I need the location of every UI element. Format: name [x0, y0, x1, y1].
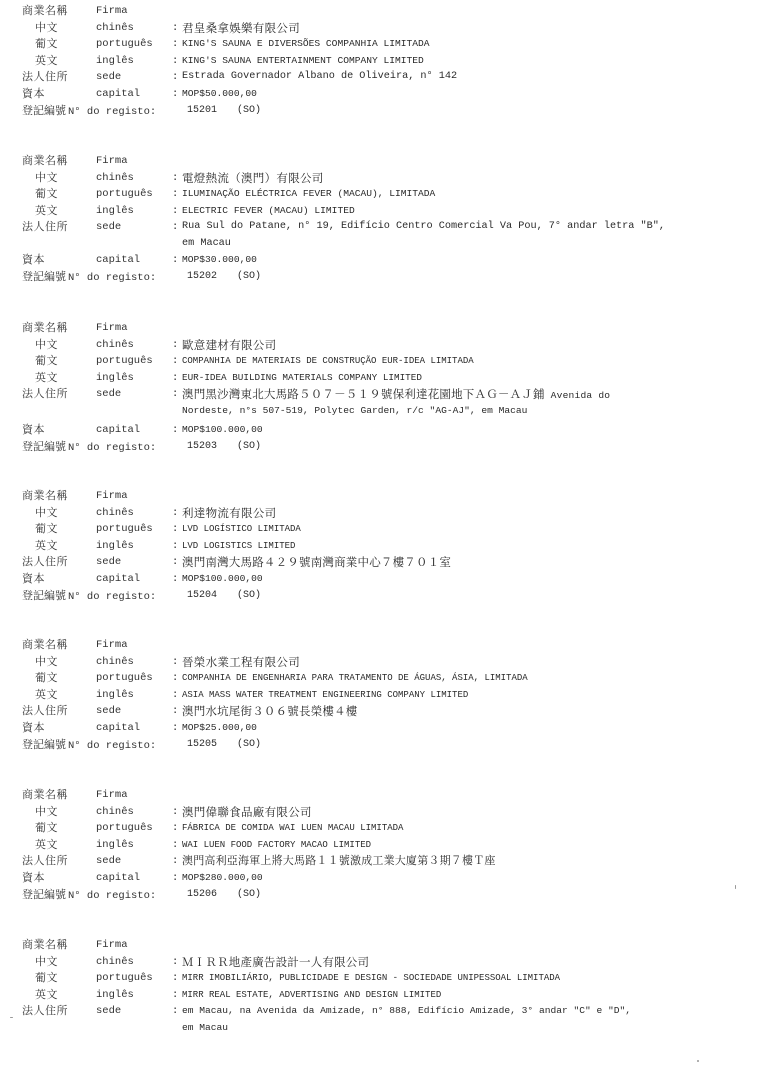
name-portuguese: ILUMINAÇÃO ELÉCTRICA FEVER (MACAU), LIMI… [182, 186, 435, 203]
sede-address-zh: 澳門黑沙灣東北大馬路５０７－５１９號保利達花園地下ＡＧ－ＡＪ鋪 [182, 387, 545, 401]
firma-row: 商業名稱 Firma [0, 3, 778, 20]
firma-label-pt: Firma [96, 787, 128, 804]
colon: : [172, 720, 178, 737]
chines-label-zh: 中文 [35, 20, 58, 37]
chines-label-pt: chinês [96, 804, 134, 821]
registo-row: 登記編號N° do registo: 15204 (SO) [0, 588, 778, 605]
company-entry-15202: 商業名稱 Firma 中文 chinês : 電燈熱流（澳門）有限公司 葡文 p… [0, 153, 778, 285]
portugues-label-pt: português [96, 36, 153, 53]
sede-label-pt: sede [96, 554, 121, 571]
portugues-row: 葡文 português : FÁBRICA DE COMIDA WAI LUE… [0, 820, 778, 837]
registo-row: 登記編號N° do registo: 15206 (SO) [0, 887, 778, 904]
chines-label-zh: 中文 [35, 337, 58, 354]
portugues-row: 葡文 português : COMPANHIA DE MATERIAIS DE… [0, 353, 778, 370]
firma-label-zh: 商業名稱 [22, 637, 68, 654]
registo-suffix: (SO) [237, 103, 261, 120]
firma-label-zh: 商業名稱 [22, 3, 68, 20]
ingles-label-zh: 英文 [35, 203, 58, 220]
ingles-row: 英文 inglês : EUR-IDEA BUILDING MATERIALS … [0, 370, 778, 387]
capital-label-pt: capital [96, 870, 140, 887]
portugues-row: 葡文 português : KING'S SAUNA E DIVERSÕES … [0, 36, 778, 53]
name-portuguese: FÁBRICA DE COMIDA WAI LUEN MACAU LIMITAD… [182, 820, 403, 837]
ingles-label-pt: inglês [96, 53, 134, 70]
sede-label-zh: 法人住所 [22, 554, 68, 571]
registo-label-zh: 登記編號 [22, 888, 66, 901]
chines-label-pt: chinês [96, 337, 134, 354]
firma-row: 商業名稱 Firma [0, 637, 778, 654]
capital-row: 資本 capital : MOP$50.000,00 [0, 86, 778, 103]
company-entry-15205: 商業名稱 Firma 中文 chinês : 晉榮水業工程有限公司 葡文 por… [0, 637, 778, 753]
sede-row: 法人住所 sede : 澳門南灣大馬路４２９號南灣商業中心７樓７０１室 [0, 554, 778, 571]
colon: : [172, 670, 178, 687]
sede-label-zh: 法人住所 [22, 703, 68, 720]
registo-suffix: (SO) [237, 588, 261, 605]
capital-label-zh: 資本 [22, 422, 45, 439]
ingles-label-zh: 英文 [35, 370, 58, 387]
registo-row: 登記編號N° do registo: 15205 (SO) [0, 737, 778, 754]
colon: : [172, 386, 178, 403]
registo-suffix: (SO) [237, 269, 261, 286]
sede-label-pt: sede [96, 1003, 121, 1020]
registo-suffix: (SO) [237, 737, 261, 754]
registo-label: 登記編號N° do registo: [22, 269, 156, 288]
sede-label-pt: sede [96, 853, 121, 870]
sede-row: 法人住所 sede : em Macau, na Avenida da Amiz… [0, 1003, 778, 1020]
ingles-label-zh: 英文 [35, 53, 58, 70]
company-entry-15201: 商業名稱 Firma 中文 chinês : 君皇桑拿娛樂有限公司 葡文 por… [0, 3, 778, 119]
sede-label-zh: 法人住所 [22, 853, 68, 870]
colon: : [172, 954, 178, 971]
registry-page: 商業名稱 Firma 中文 chinês : 君皇桑拿娛樂有限公司 葡文 por… [0, 0, 778, 1075]
colon: : [172, 703, 178, 720]
chines-label-pt: chinês [96, 20, 134, 37]
registo-label: 登記編號N° do registo: [22, 588, 156, 607]
firma-row: 商業名稱 Firma [0, 787, 778, 804]
registo-label-pt: N° do registo: [68, 890, 156, 902]
firma-label-pt: Firma [96, 937, 128, 954]
capital-label-zh: 資本 [22, 870, 45, 887]
ingles-row: 英文 inglês : MIRR REAL ESTATE, ADVERTISIN… [0, 987, 778, 1004]
sede-continuation-row: em Macau [0, 236, 778, 252]
sede-label-pt: sede [96, 386, 121, 403]
sede-address: Rua Sul do Patane, n° 19, Edifício Centr… [182, 219, 665, 236]
ingles-label-pt: inglês [96, 370, 134, 387]
sede-address-cont: em Macau [182, 1020, 228, 1036]
sede-row: 法人住所 sede : Estrada Governador Albano de… [0, 69, 778, 86]
portugues-label-pt: português [96, 820, 153, 837]
company-entry-15206: 商業名稱 Firma 中文 chinês : 澳門偉聯食品廠有限公司 葡文 po… [0, 787, 778, 903]
colon: : [172, 654, 178, 671]
sede-label-zh: 法人住所 [22, 1003, 68, 1020]
capital-value: MOP$100.000,00 [182, 422, 263, 439]
chines-row: 中文 chinês : 晉榮水業工程有限公司 [0, 654, 778, 671]
sede-row: 法人住所 sede : 澳門黑沙灣東北大馬路５０７－５１９號保利達花園地下ＡＧ－… [0, 386, 778, 403]
firma-row: 商業名稱 Firma [0, 320, 778, 337]
capital-value: MOP$30.000,00 [182, 252, 257, 269]
capital-row: 資本 capital : MOP$25.000,00 [0, 720, 778, 737]
ingles-label-pt: inglês [96, 538, 134, 555]
portugues-label-zh: 葡文 [35, 36, 58, 53]
colon: : [172, 186, 178, 203]
colon: : [172, 505, 178, 522]
company-entry-15204: 商業名稱 Firma 中文 chinês : 利達物流有限公司 葡文 portu… [0, 488, 778, 604]
sede-continuation-row: Nordeste, n°s 507-519, Polytec Garden, r… [0, 403, 778, 419]
chines-label-pt: chinês [96, 654, 134, 671]
colon: : [172, 987, 178, 1004]
registo-label-zh: 登記編號 [22, 104, 66, 117]
registo-label: 登記編號N° do registo: [22, 439, 156, 458]
portugues-row: 葡文 português : LVD LOGÍSTICO LIMITADA [0, 521, 778, 538]
capital-label-pt: capital [96, 422, 140, 439]
portugues-label-pt: português [96, 970, 153, 987]
name-chinese: 利達物流有限公司 [182, 505, 276, 522]
name-english: KING'S SAUNA ENTERTAINMENT COMPANY LIMIT… [182, 53, 424, 70]
scan-speck [697, 1060, 699, 1062]
name-english: LVD LOGISTICS LIMITED [182, 538, 295, 555]
colon: : [172, 370, 178, 387]
sede-label-zh: 法人住所 [22, 219, 68, 236]
registo-label-pt: N° do registo: [68, 442, 156, 454]
registo-row: 登記編號N° do registo: 15203 (SO) [0, 439, 778, 456]
colon: : [172, 20, 178, 37]
portugues-label-zh: 葡文 [35, 521, 58, 538]
name-english: ASIA MASS WATER TREATMENT ENGINEERING CO… [182, 687, 468, 704]
colon: : [172, 36, 178, 53]
registo-label-zh: 登記編號 [22, 738, 66, 751]
portugues-row: 葡文 português : COMPANHIA DE ENGENHARIA P… [0, 670, 778, 687]
chines-row: 中文 chinês : 君皇桑拿娛樂有限公司 [0, 20, 778, 37]
registo-label: 登記編號N° do registo: [22, 103, 156, 122]
firma-label-pt: Firma [96, 3, 128, 20]
registo-number: 15205 [187, 737, 217, 754]
sede-label-pt: sede [96, 219, 121, 236]
chines-label-pt: chinês [96, 505, 134, 522]
colon: : [172, 521, 178, 538]
portugues-label-zh: 葡文 [35, 670, 58, 687]
sede-row: 法人住所 sede : 澳門水坑尾街３０６號長榮樓４樓 [0, 703, 778, 720]
sede-address: em Macau, na Avenida da Amizade, n° 888,… [182, 1003, 631, 1020]
scan-speck [735, 885, 736, 889]
name-english: WAI LUEN FOOD FACTORY MACAO LIMITED [182, 837, 371, 854]
name-portuguese: COMPANHIA DE ENGENHARIA PARA TRATAMENTO … [182, 670, 528, 687]
portugues-row: 葡文 português : MIRR IMOBILIÁRIO, PUBLICI… [0, 970, 778, 987]
name-portuguese: KING'S SAUNA E DIVERSÕES COMPANHIA LIMIT… [182, 36, 430, 53]
portugues-label-zh: 葡文 [35, 353, 58, 370]
ingles-label-pt: inglês [96, 837, 134, 854]
firma-label-zh: 商業名稱 [22, 937, 68, 954]
ingles-label-zh: 英文 [35, 837, 58, 854]
name-chinese: 歐意建材有限公司 [182, 337, 276, 354]
registo-label-zh: 登記編號 [22, 589, 66, 602]
sede-label-pt: sede [96, 703, 121, 720]
firma-label-pt: Firma [96, 153, 128, 170]
registo-row: 登記編號N° do registo: 15202 (SO) [0, 269, 778, 286]
sede-address: 澳門高利亞海軍上將大馬路１１號激成工業大廈第３期７樓Ｔ座 [182, 853, 496, 870]
chines-row: 中文 chinês : ＭＩＲＲ地產廣告設計一人有限公司 [0, 954, 778, 971]
company-entry-mirr: 商業名稱 Firma 中文 chinês : ＭＩＲＲ地產廣告設計一人有限公司 … [0, 937, 778, 1036]
colon: : [172, 203, 178, 220]
ingles-label-zh: 英文 [35, 538, 58, 555]
colon: : [172, 422, 178, 439]
firma-row: 商業名稱 Firma [0, 937, 778, 954]
company-entry-15203: 商業名稱 Firma 中文 chinês : 歐意建材有限公司 葡文 portu… [0, 320, 778, 455]
name-chinese: 晉榮水業工程有限公司 [182, 654, 300, 671]
firma-label-pt: Firma [96, 637, 128, 654]
chines-label-pt: chinês [96, 954, 134, 971]
chines-label-zh: 中文 [35, 505, 58, 522]
registo-label: 登記編號N° do registo: [22, 887, 156, 906]
colon: : [172, 554, 178, 571]
chines-label-zh: 中文 [35, 654, 58, 671]
capital-row: 資本 capital : MOP$30.000,00 [0, 252, 778, 269]
registo-number: 15202 [187, 269, 217, 286]
colon: : [172, 837, 178, 854]
capital-label-zh: 資本 [22, 252, 45, 269]
sede-label-pt: sede [96, 69, 121, 86]
sede-address-cont: Nordeste, n°s 507-519, Polytec Garden, r… [182, 403, 527, 419]
colon: : [172, 337, 178, 354]
portugues-label-pt: português [96, 186, 153, 203]
name-chinese: 澳門偉聯食品廠有限公司 [182, 804, 312, 821]
registo-label: 登記編號N° do registo: [22, 737, 156, 756]
ingles-row: 英文 inglês : LVD LOGISTICS LIMITED [0, 538, 778, 555]
registo-label-zh: 登記編號 [22, 270, 66, 283]
sede-continuation-row: em Macau [0, 1020, 778, 1036]
name-english: MIRR REAL ESTATE, ADVERTISING AND DESIGN… [182, 987, 441, 1004]
portugues-label-zh: 葡文 [35, 186, 58, 203]
capital-value: MOP$50.000,00 [182, 86, 257, 103]
firma-label-pt: Firma [96, 488, 128, 505]
ingles-row: 英文 inglês : WAI LUEN FOOD FACTORY MACAO … [0, 837, 778, 854]
capital-label-pt: capital [96, 252, 140, 269]
capital-value: MOP$25.000,00 [182, 720, 257, 737]
portugues-label-zh: 葡文 [35, 820, 58, 837]
chines-label-zh: 中文 [35, 954, 58, 971]
capital-label-zh: 資本 [22, 720, 45, 737]
registo-suffix: (SO) [237, 887, 261, 904]
sede-label-zh: 法人住所 [22, 69, 68, 86]
registo-label-pt: N° do registo: [68, 272, 156, 284]
registo-number: 15203 [187, 439, 217, 456]
registo-label-pt: N° do registo: [68, 591, 156, 603]
colon: : [172, 538, 178, 555]
colon: : [172, 1003, 178, 1020]
name-portuguese: COMPANHIA DE MATERIAIS DE CONSTRUÇÃO EUR… [182, 353, 474, 370]
registo-suffix: (SO) [237, 439, 261, 456]
sede-address: 澳門水坑尾街３０６號長榮樓４樓 [182, 703, 358, 720]
colon: : [172, 870, 178, 887]
firma-label-zh: 商業名稱 [22, 320, 68, 337]
colon: : [172, 853, 178, 870]
colon: : [172, 804, 178, 821]
ingles-row: 英文 inglês : ASIA MASS WATER TREATMENT EN… [0, 687, 778, 704]
capital-value: MOP$100.000,00 [182, 571, 263, 588]
colon: : [172, 219, 178, 236]
chines-label-zh: 中文 [35, 804, 58, 821]
registo-label-pt: N° do registo: [68, 106, 156, 118]
sede-address-cont: em Macau [182, 236, 231, 252]
colon: : [172, 86, 178, 103]
firma-label-zh: 商業名稱 [22, 153, 68, 170]
name-chinese: ＭＩＲＲ地產廣告設計一人有限公司 [182, 954, 369, 971]
portugues-label-zh: 葡文 [35, 970, 58, 987]
registo-row: 登記編號N° do registo: 15201 (SO) [0, 103, 778, 120]
sede-address-pt-start: Avenida do [545, 390, 611, 401]
firma-label-zh: 商業名稱 [22, 488, 68, 505]
capital-row: 資本 capital : MOP$100.000,00 [0, 571, 778, 588]
colon: : [172, 69, 178, 86]
chines-label-zh: 中文 [35, 170, 58, 187]
firma-row: 商業名稱 Firma [0, 153, 778, 170]
name-portuguese: LVD LOGÍSTICO LIMITADA [182, 521, 301, 538]
capital-label-pt: capital [96, 720, 140, 737]
name-chinese: 君皇桑拿娛樂有限公司 [182, 20, 300, 37]
ingles-label-zh: 英文 [35, 987, 58, 1004]
scan-speck [10, 1017, 13, 1018]
sede-label-zh: 法人住所 [22, 386, 68, 403]
name-english: ELECTRIC FEVER (MACAU) LIMITED [182, 203, 355, 220]
ingles-row: 英文 inglês : ELECTRIC FEVER (MACAU) LIMIT… [0, 203, 778, 220]
capital-label-pt: capital [96, 86, 140, 103]
ingles-row: 英文 inglês : KING'S SAUNA ENTERTAINMENT C… [0, 53, 778, 70]
ingles-label-zh: 英文 [35, 687, 58, 704]
ingles-label-pt: inglês [96, 203, 134, 220]
registo-number: 15201 [187, 103, 217, 120]
colon: : [172, 53, 178, 70]
registo-number: 15204 [187, 588, 217, 605]
capital-label-zh: 資本 [22, 86, 45, 103]
colon: : [172, 252, 178, 269]
chines-row: 中文 chinês : 歐意建材有限公司 [0, 337, 778, 354]
firma-label-pt: Firma [96, 320, 128, 337]
sede-row: 法人住所 sede : Rua Sul do Patane, n° 19, Ed… [0, 219, 778, 236]
capital-label-zh: 資本 [22, 571, 45, 588]
name-portuguese: MIRR IMOBILIÁRIO, PUBLICIDADE E DESIGN -… [182, 970, 560, 987]
capital-row: 資本 capital : MOP$280.000,00 [0, 870, 778, 887]
colon: : [172, 170, 178, 187]
portugues-row: 葡文 português : ILUMINAÇÃO ELÉCTRICA FEVE… [0, 186, 778, 203]
sede-address: 澳門南灣大馬路４２９號南灣商業中心７樓７０１室 [182, 554, 451, 571]
firma-label-zh: 商業名稱 [22, 787, 68, 804]
firma-row: 商業名稱 Firma [0, 488, 778, 505]
ingles-label-pt: inglês [96, 687, 134, 704]
colon: : [172, 353, 178, 370]
ingles-label-pt: inglês [96, 987, 134, 1004]
name-english: EUR-IDEA BUILDING MATERIALS COMPANY LIMI… [182, 370, 422, 387]
portugues-label-pt: português [96, 521, 153, 538]
registo-number: 15206 [187, 887, 217, 904]
colon: : [172, 820, 178, 837]
portugues-label-pt: português [96, 353, 153, 370]
colon: : [172, 687, 178, 704]
capital-label-pt: capital [96, 571, 140, 588]
name-chinese: 電燈熱流（澳門）有限公司 [182, 170, 324, 187]
chines-row: 中文 chinês : 澳門偉聯食品廠有限公司 [0, 804, 778, 821]
portugues-label-pt: português [96, 670, 153, 687]
colon: : [172, 970, 178, 987]
chines-row: 中文 chinês : 電燈熱流（澳門）有限公司 [0, 170, 778, 187]
sede-address: Estrada Governador Albano de Oliveira, n… [182, 69, 457, 86]
capital-value: MOP$280.000,00 [182, 870, 263, 887]
registo-label-pt: N° do registo: [68, 740, 156, 752]
capital-row: 資本 capital : MOP$100.000,00 [0, 422, 778, 439]
registo-label-zh: 登記編號 [22, 440, 66, 453]
chines-label-pt: chinês [96, 170, 134, 187]
colon: : [172, 571, 178, 588]
chines-row: 中文 chinês : 利達物流有限公司 [0, 505, 778, 522]
sede-row: 法人住所 sede : 澳門高利亞海軍上將大馬路１１號激成工業大廈第３期７樓Ｔ座 [0, 853, 778, 870]
